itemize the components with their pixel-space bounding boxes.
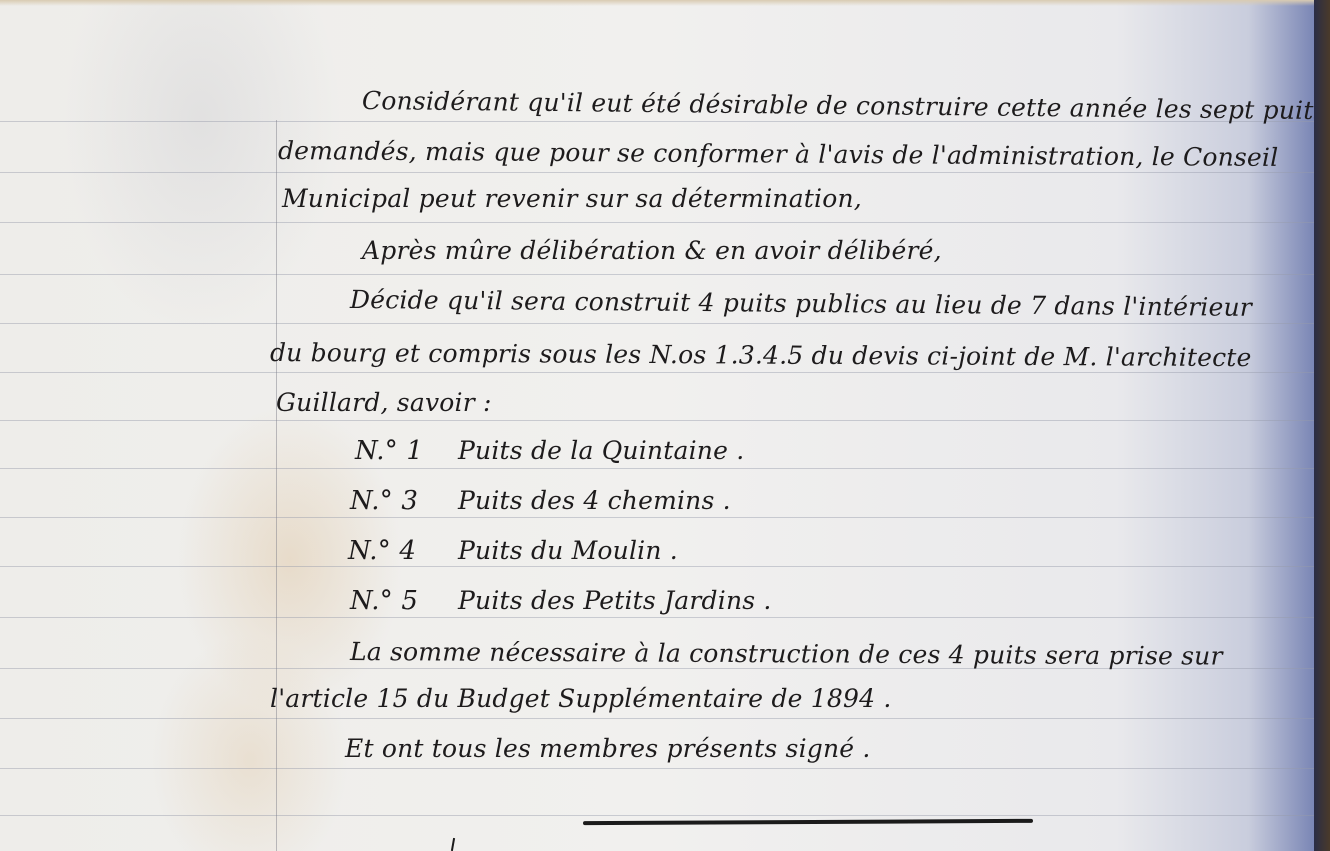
ruled-line bbox=[0, 222, 1314, 223]
well-name-5: Puits des Petits Jardins . bbox=[458, 586, 772, 615]
well-number-3: N.° 3 bbox=[350, 486, 418, 516]
well-name-3: Puits des 4 chemins . bbox=[458, 486, 731, 515]
ruled-line bbox=[0, 172, 1314, 173]
ruled-line bbox=[0, 468, 1314, 469]
text-line-4: Après mûre délibération & en avoir délib… bbox=[362, 236, 942, 265]
well-number-4: N.° 4 bbox=[348, 536, 416, 566]
ruled-line bbox=[0, 718, 1314, 719]
closing-line-1: La somme nécessaire à la construction de… bbox=[350, 637, 1223, 671]
ruled-line bbox=[0, 420, 1314, 421]
ruled-line bbox=[0, 768, 1314, 769]
page-top-edge bbox=[0, 0, 1314, 6]
ink-stroke bbox=[451, 838, 455, 851]
text-line-7: Guillard, savoir : bbox=[276, 388, 492, 417]
ledger-page: Considérant qu'il eut été désirable de c… bbox=[0, 0, 1314, 851]
closing-rule bbox=[583, 819, 1033, 825]
closing-line-3: Et ont tous les membres présents signé . bbox=[345, 734, 871, 763]
text-line-6: du bourg et compris sous les N.os 1.3.4.… bbox=[270, 338, 1252, 372]
ruled-line bbox=[0, 617, 1314, 618]
text-line-5: Décide qu'il sera construit 4 puits publ… bbox=[350, 285, 1252, 322]
ruled-line bbox=[0, 517, 1314, 518]
text-line-2: demandés, mais que pour se conformer à l… bbox=[278, 136, 1279, 172]
closing-line-2: l'article 15 du Budget Supplémentaire de… bbox=[270, 684, 892, 713]
well-name-1: Puits de la Quintaine . bbox=[458, 436, 744, 465]
text-line-1: Considérant qu'il eut été désirable de c… bbox=[362, 86, 1327, 125]
well-number-1: N.° 1 bbox=[355, 436, 423, 466]
margin-line bbox=[276, 120, 277, 851]
ruled-line bbox=[0, 274, 1314, 275]
ruled-line bbox=[0, 372, 1314, 373]
ruled-line bbox=[0, 323, 1314, 324]
well-number-5: N.° 5 bbox=[350, 586, 418, 616]
ruled-line bbox=[0, 566, 1314, 567]
book-spine bbox=[1314, 0, 1330, 851]
text-line-3: Municipal peut revenir sur sa déterminat… bbox=[282, 184, 862, 213]
well-name-4: Puits du Moulin . bbox=[458, 536, 678, 565]
ruled-line bbox=[0, 815, 1314, 816]
